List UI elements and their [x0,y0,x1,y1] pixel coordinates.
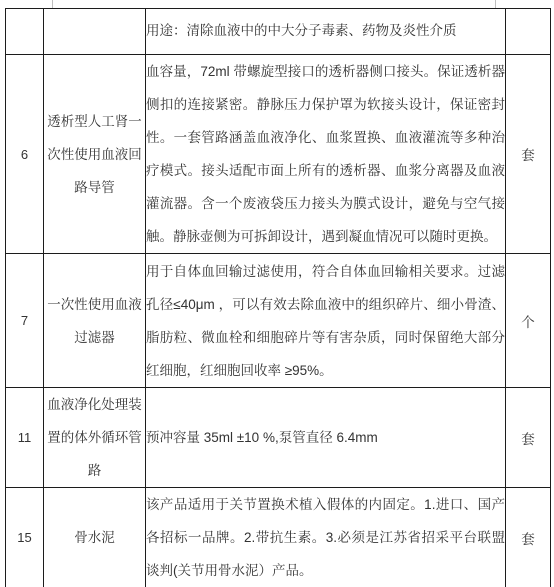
grid-remnant-line [52,0,53,8]
item-description-cell: 预冲容量 35ml ±10 %,泵管直径 6.4mm [146,388,506,488]
item-unit-cell: 套 [506,488,551,587]
item-description-cell: 该产品适用于关节置换术植入假体的内固定。1.进口、国产各招标一品牌。2.带抗生素… [146,488,506,587]
item-unit-cell: 套 [506,388,551,488]
table-row: 用途：清除血液中的中大分子毒素、药物及炎性介质 [6,9,551,55]
table-row: 6 透析型人工肾一次性使用血液回路导管 血容量，72ml 带螺旋型接口的透析器侧… [6,55,551,254]
item-name-cell: 血液净化处理装置的体外循环管路 [44,388,146,488]
item-no-cell: 15 [6,488,44,587]
item-description-cell: 用于自体血回输过滤使用，符合自体血回输相关要求。过滤孔径≤40μm ，可以有效去… [146,254,506,388]
table-row: 7 一次性使用血液过滤器 用于自体血回输过滤使用，符合自体血回输相关要求。过滤孔… [6,254,551,388]
grid-remnant-line [495,0,496,8]
item-no-cell [6,9,44,55]
item-no-cell: 6 [6,55,44,254]
item-name-cell: 一次性使用血液过滤器 [44,254,146,388]
item-name-cell [44,9,146,55]
item-description-cell: 血容量，72ml 带螺旋型接口的透析器侧口接头。保证透析器侧扣的连接紧密。静脉压… [146,55,506,254]
item-unit-cell: 套 [506,55,551,254]
item-name-cell: 透析型人工肾一次性使用血液回路导管 [44,55,146,254]
table-row: 15 骨水泥 该产品适用于关节置换术植入假体的内固定。1.进口、国产各招标一品牌… [6,488,551,587]
item-no-cell: 7 [6,254,44,388]
item-no-cell: 11 [6,388,44,488]
item-unit-cell: 个 [506,254,551,388]
item-description-cell: 用途：清除血液中的中大分子毒素、药物及炎性介质 [146,9,506,55]
item-name-cell: 骨水泥 [44,488,146,587]
table-row: 11 血液净化处理装置的体外循环管路 预冲容量 35ml ±10 %,泵管直径 … [6,388,551,488]
procurement-items-table: 用途：清除血液中的中大分子毒素、药物及炎性介质 6 透析型人工肾一次性使用血液回… [5,8,551,587]
document-page: 用途：清除血液中的中大分子毒素、药物及炎性介质 6 透析型人工肾一次性使用血液回… [0,0,554,587]
item-unit-cell [506,9,551,55]
